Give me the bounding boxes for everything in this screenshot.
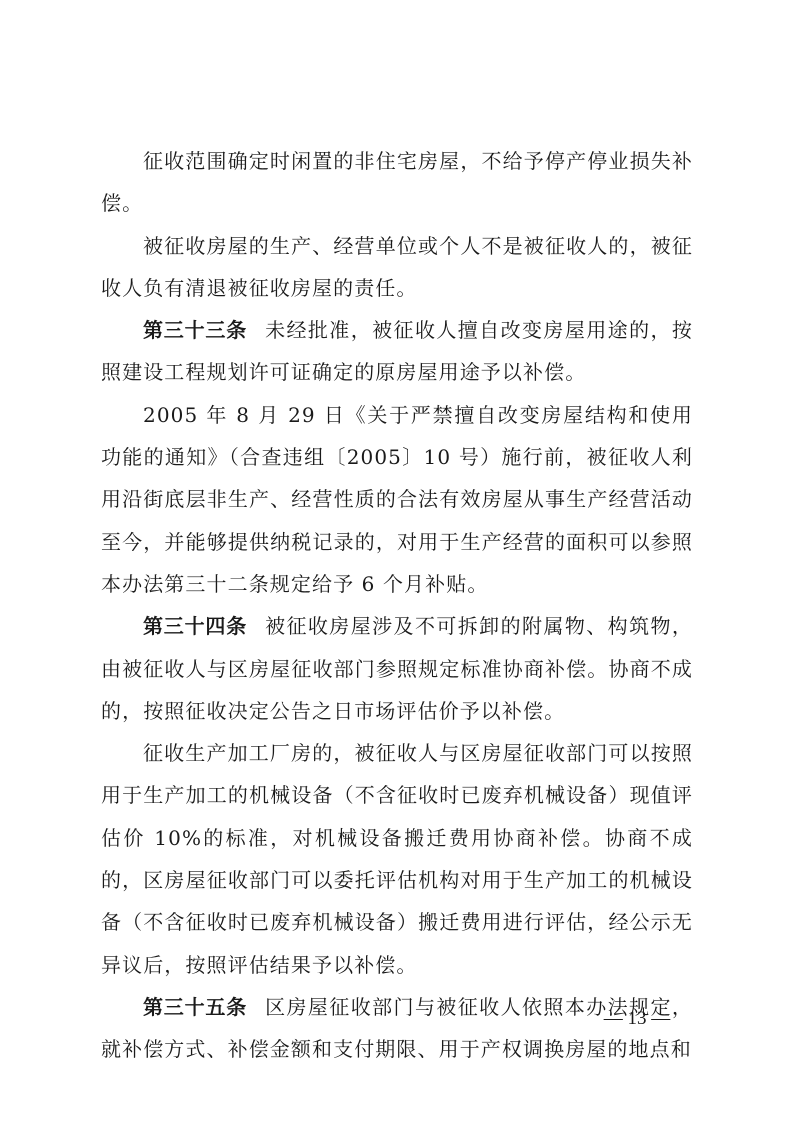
paragraph-text: 征收生产加工厂房的，被征收人与区房屋征收部门可以按照用于生产加工的机械设备（不含… [101,741,693,976]
paragraph-factory-equipment: 征收生产加工厂房的，被征收人与区房屋征收部门可以按照用于生产加工的机械设备（不含… [101,732,693,986]
paragraph-clearance-responsibility: 被征收房屋的生产、经营单位或个人不是被征收人的，被征收人负有清退被征收房屋的责任… [101,225,693,310]
paragraph-2005-notice: 2005 年 8 月 29 日《关于严禁擅自改变房屋结构和使用功能的通知》（合查… [101,394,693,605]
article-heading: 第三十三条 [143,318,247,342]
article-34: 第三十四条被征收房屋涉及不可拆卸的附属物、构筑物，由被征收人与区房屋征收部门参照… [101,605,693,732]
article-heading: 第三十五条 [143,995,247,1019]
paragraph-text: 征收范围确定时闲置的非住宅房屋，不给予停产停业损失补偿。 [101,149,693,215]
paragraph-text: 被征收房屋的生产、经营单位或个人不是被征收人的，被征收人负有清退被征收房屋的责任… [101,234,693,300]
article-33: 第三十三条未经批准，被征收人擅自改变房屋用途的，按照建设工程规划许可证确定的原房… [101,309,693,394]
document-page: 征收范围确定时闲置的非住宅房屋，不给予停产停业损失补偿。 被征收房屋的生产、经营… [0,0,793,1122]
paragraph-text: 2005 年 8 月 29 日《关于严禁擅自改变房屋结构和使用功能的通知》（合查… [101,403,693,596]
article-heading: 第三十四条 [143,614,247,638]
paragraph-idle-nonresidential: 征收范围确定时闲置的非住宅房屋，不给予停产停业损失补偿。 [101,140,693,225]
body-text: 征收范围确定时闲置的非住宅房屋，不给予停产停业损失补偿。 被征收房屋的生产、经营… [101,140,693,1071]
page-number: — 13 — [596,1008,678,1030]
